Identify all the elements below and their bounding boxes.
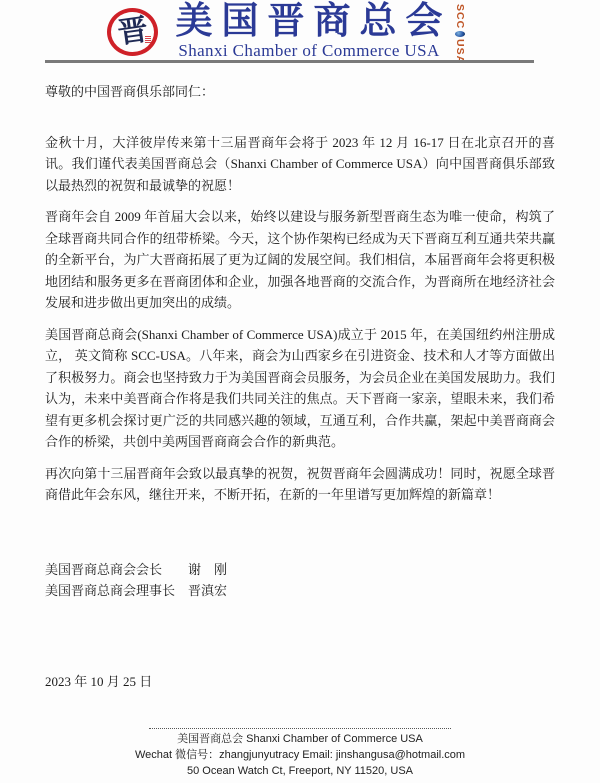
logo-seal-mark [145, 36, 151, 43]
letter-paragraph-2: 晋商年会自 2009 年首届大会以来，始终以建设与服务新型晋商生态为唯一使命，构… [45, 206, 555, 314]
letter-paragraph-1: 金秋十月，大洋彼岸传来第十三届晋商年会将于 2023 年 12 月 16-17 … [45, 132, 555, 197]
footer-address-line: 50 Ocean Watch Ct, Freeport, NY 11520, U… [0, 763, 600, 779]
logo-character: 晋 [116, 15, 150, 49]
signature-block: 美国晋商总商会会长谢 刚 美国晋商总商会理事长晋滇宏 [45, 559, 555, 602]
letter-page: 晋 美国晋商总会 Shanxi Chamber of Commerce USA … [0, 0, 600, 783]
footer-contact-line: Wechat 微信号：zhangjunyutracy Email: jinsha… [0, 747, 600, 763]
header-divider-rule [45, 60, 534, 63]
signature-title: 美国晋商总商会会长 [45, 559, 188, 581]
letter-paragraph-4: 再次向第十三届晋商年会致以最真挚的祝贺，祝贺晋商年会圆满成功！同时，祝愿全球晋商… [45, 463, 555, 506]
globe-icon [455, 31, 465, 37]
letter-footer: 美国晋商总会 Shanxi Chamber of Commerce USA We… [0, 728, 600, 779]
letterhead-titles: 美国晋商总会 Shanxi Chamber of Commerce USA [166, 2, 452, 60]
date-line: 2023 年 10 月 25 日 [45, 671, 555, 693]
signature-title: 美国晋商总商会理事长 [45, 580, 188, 602]
signature-row: 美国晋商总商会理事长晋滇宏 [45, 580, 555, 602]
org-title-chinese: 美国晋商总会 [166, 2, 452, 42]
signature-name: 谢 刚 [188, 562, 227, 577]
letter-paragraph-3: 美国晋商总商会(Shanxi Chamber of Commerce USA)成… [45, 324, 555, 453]
footer-org-line: 美国晋商总会 Shanxi Chamber of Commerce USA [0, 731, 600, 747]
letterhead: 晋 美国晋商总会 Shanxi Chamber of Commerce USA … [0, 0, 600, 64]
footer-dotted-separator [149, 728, 451, 729]
salutation: 尊敬的中国晋商俱乐部同仁： [45, 81, 555, 103]
signature-name: 晋滇宏 [188, 583, 227, 598]
side-mark-top-text: SCC [453, 4, 467, 29]
org-title-english: Shanxi Chamber of Commerce USA [166, 42, 452, 60]
letter-body: 尊敬的中国晋商俱乐部同仁： 金秋十月，大洋彼岸传来第十三届晋商年会将于 2023… [45, 81, 555, 692]
chamber-logo-icon: 晋 [107, 8, 158, 56]
signature-row: 美国晋商总商会会长谢 刚 [45, 559, 555, 581]
scc-usa-vertical-mark: SCC USA [453, 4, 467, 64]
